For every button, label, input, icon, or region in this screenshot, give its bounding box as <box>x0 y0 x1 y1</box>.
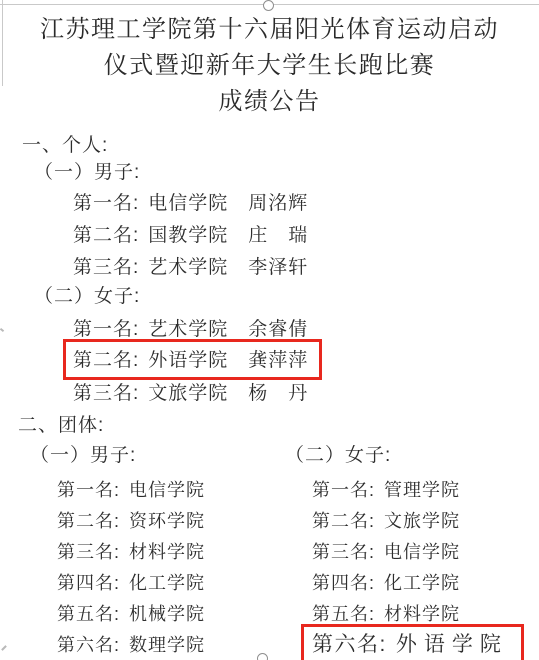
result-row: 第一名: 管理学院 <box>312 473 539 504</box>
rank-label: 第六名: <box>312 628 387 658</box>
college-name: 电信学院 <box>148 188 228 215</box>
title-line-2: 仪式暨迎新年大学生长跑比赛 <box>0 48 539 84</box>
highlight-box: 第二名: 外语学院 龚萍萍 <box>63 339 322 380</box>
rank-label: 第二名: <box>312 507 375 533</box>
rank-label: 第二名: <box>57 507 120 533</box>
result-row: 第三名: 电信学院 <box>312 535 539 566</box>
result-row-highlighted: 第六名: 外语学院 <box>312 628 539 659</box>
result-row: 第六名: 数理学院 <box>57 628 285 659</box>
winner-name: 龚萍萍 <box>248 345 308 372</box>
result-row: 第二名: 资环学院 <box>57 504 285 535</box>
result-row: 第四名: 化工学院 <box>312 566 539 597</box>
college-name: 材料学院 <box>129 538 205 564</box>
rank-label: 第一名: <box>73 188 139 215</box>
college-name: 材料学院 <box>384 600 460 626</box>
winner-name: 余睿倩 <box>248 314 308 341</box>
title-line-3: 成绩公告 <box>0 84 539 120</box>
college-name: 化工学院 <box>129 569 205 595</box>
rank-label: 第一名: <box>73 314 139 341</box>
subsection-heading-individual-women: （二）女子: <box>0 286 539 308</box>
winner-name: 周洺辉 <box>248 188 308 215</box>
college-name: 艺术学院 <box>148 314 228 341</box>
highlight-box: 第六名: 外语学院 <box>301 624 524 660</box>
resize-handle-bottom-icon[interactable] <box>257 653 268 660</box>
document-title: 江苏理工学院第十六届阳光体育运动启动 仪式暨迎新年大学生长跑比赛 成绩公告 <box>0 0 539 120</box>
college-name: 艺术学院 <box>148 252 228 279</box>
rank-label: 第六名: <box>57 631 120 657</box>
subsection-heading-individual-men: （一）男子: <box>0 162 539 184</box>
resize-handle-top-icon[interactable] <box>263 0 274 11</box>
rank-label: 第三名: <box>312 538 375 564</box>
college-name: 外语学院 <box>148 345 228 372</box>
textbox-border-left <box>2 0 3 86</box>
rank-label: 第四名: <box>312 569 375 595</box>
result-row: 第三名: 材料学院 <box>57 535 285 566</box>
individual-women-results: 第一名: 艺术学院 余睿倩 第二名: 外语学院 龚萍萍 第三名: 文旅学院 杨 … <box>0 311 539 407</box>
subsection-heading-team-men: （一）男子: <box>30 445 285 467</box>
winner-name: 杨 丹 <box>248 378 308 405</box>
college-name: 电信学院 <box>129 476 205 502</box>
college-name: 外语学院 <box>396 628 508 658</box>
rank-label: 第二名: <box>73 220 139 247</box>
result-row: 第五名: 机械学院 <box>57 597 285 628</box>
college-name: 文旅学院 <box>384 507 460 533</box>
result-row-highlighted: 第二名: 外语学院 龚萍萍 <box>73 343 539 375</box>
rank-label: 第四名: <box>57 569 120 595</box>
section-heading-individual: 一、个人: <box>0 135 539 157</box>
team-men-results: 第一名: 电信学院 第二名: 资环学院 第三名: 材料学院 第四名: 化工学院 … <box>30 473 285 659</box>
section-heading-team: 二、团体: <box>0 415 539 437</box>
rank-label: 第三名: <box>73 378 139 405</box>
team-men-column: （一）男子: 第一名: 电信学院 第二名: 资环学院 第三名: 材料学院 第四名… <box>0 445 285 659</box>
result-row: 第二名: 文旅学院 <box>312 504 539 535</box>
rank-label: 第五名: <box>57 600 120 626</box>
document-page: 江苏理工学院第十六届阳光体育运动启动 仪式暨迎新年大学生长跑比赛 成绩公告 一、… <box>0 0 539 660</box>
college-name: 国教学院 <box>148 220 228 247</box>
team-results-columns: （一）男子: 第一名: 电信学院 第二名: 资环学院 第三名: 材料学院 第四名… <box>0 445 539 659</box>
college-name: 管理学院 <box>384 476 460 502</box>
result-row: 第二名: 国教学院 庄 瑞 <box>73 217 539 249</box>
rank-label: 第三名: <box>57 538 120 564</box>
title-line-1: 江苏理工学院第十六届阳光体育运动启动 <box>0 12 539 48</box>
result-row: 第一名: 电信学院 周洺辉 <box>73 185 539 217</box>
team-women-column: （二）女子: 第一名: 管理学院 第二名: 文旅学院 第三名: 电信学院 第四名… <box>285 445 539 659</box>
college-name: 数理学院 <box>129 631 205 657</box>
college-name: 电信学院 <box>384 538 460 564</box>
college-name: 机械学院 <box>129 600 205 626</box>
rank-label: 第二名: <box>73 345 139 372</box>
winner-name: 庄 瑞 <box>248 220 308 247</box>
rank-label: 第三名: <box>73 252 139 279</box>
college-name: 文旅学院 <box>148 378 228 405</box>
result-row: 第三名: 艺术学院 李泽轩 <box>73 249 539 281</box>
individual-men-results: 第一名: 电信学院 周洺辉 第二名: 国教学院 庄 瑞 第三名: 艺术学院 李泽… <box>0 185 539 281</box>
result-row: 第一名: 电信学院 <box>57 473 285 504</box>
result-row: 第三名: 文旅学院 杨 丹 <box>73 375 539 407</box>
college-name: 化工学院 <box>384 569 460 595</box>
result-row: 第四名: 化工学院 <box>57 566 285 597</box>
college-name: 资环学院 <box>129 507 205 533</box>
subsection-heading-team-women: （二）女子: <box>285 445 539 467</box>
winner-name: 李泽轩 <box>248 252 308 279</box>
rank-label: 第一名: <box>312 476 375 502</box>
rank-label: 第一名: <box>57 476 120 502</box>
team-women-results: 第一名: 管理学院 第二名: 文旅学院 第三名: 电信学院 第四名: 化工学院 … <box>285 473 539 659</box>
rank-label: 第五名: <box>312 600 375 626</box>
